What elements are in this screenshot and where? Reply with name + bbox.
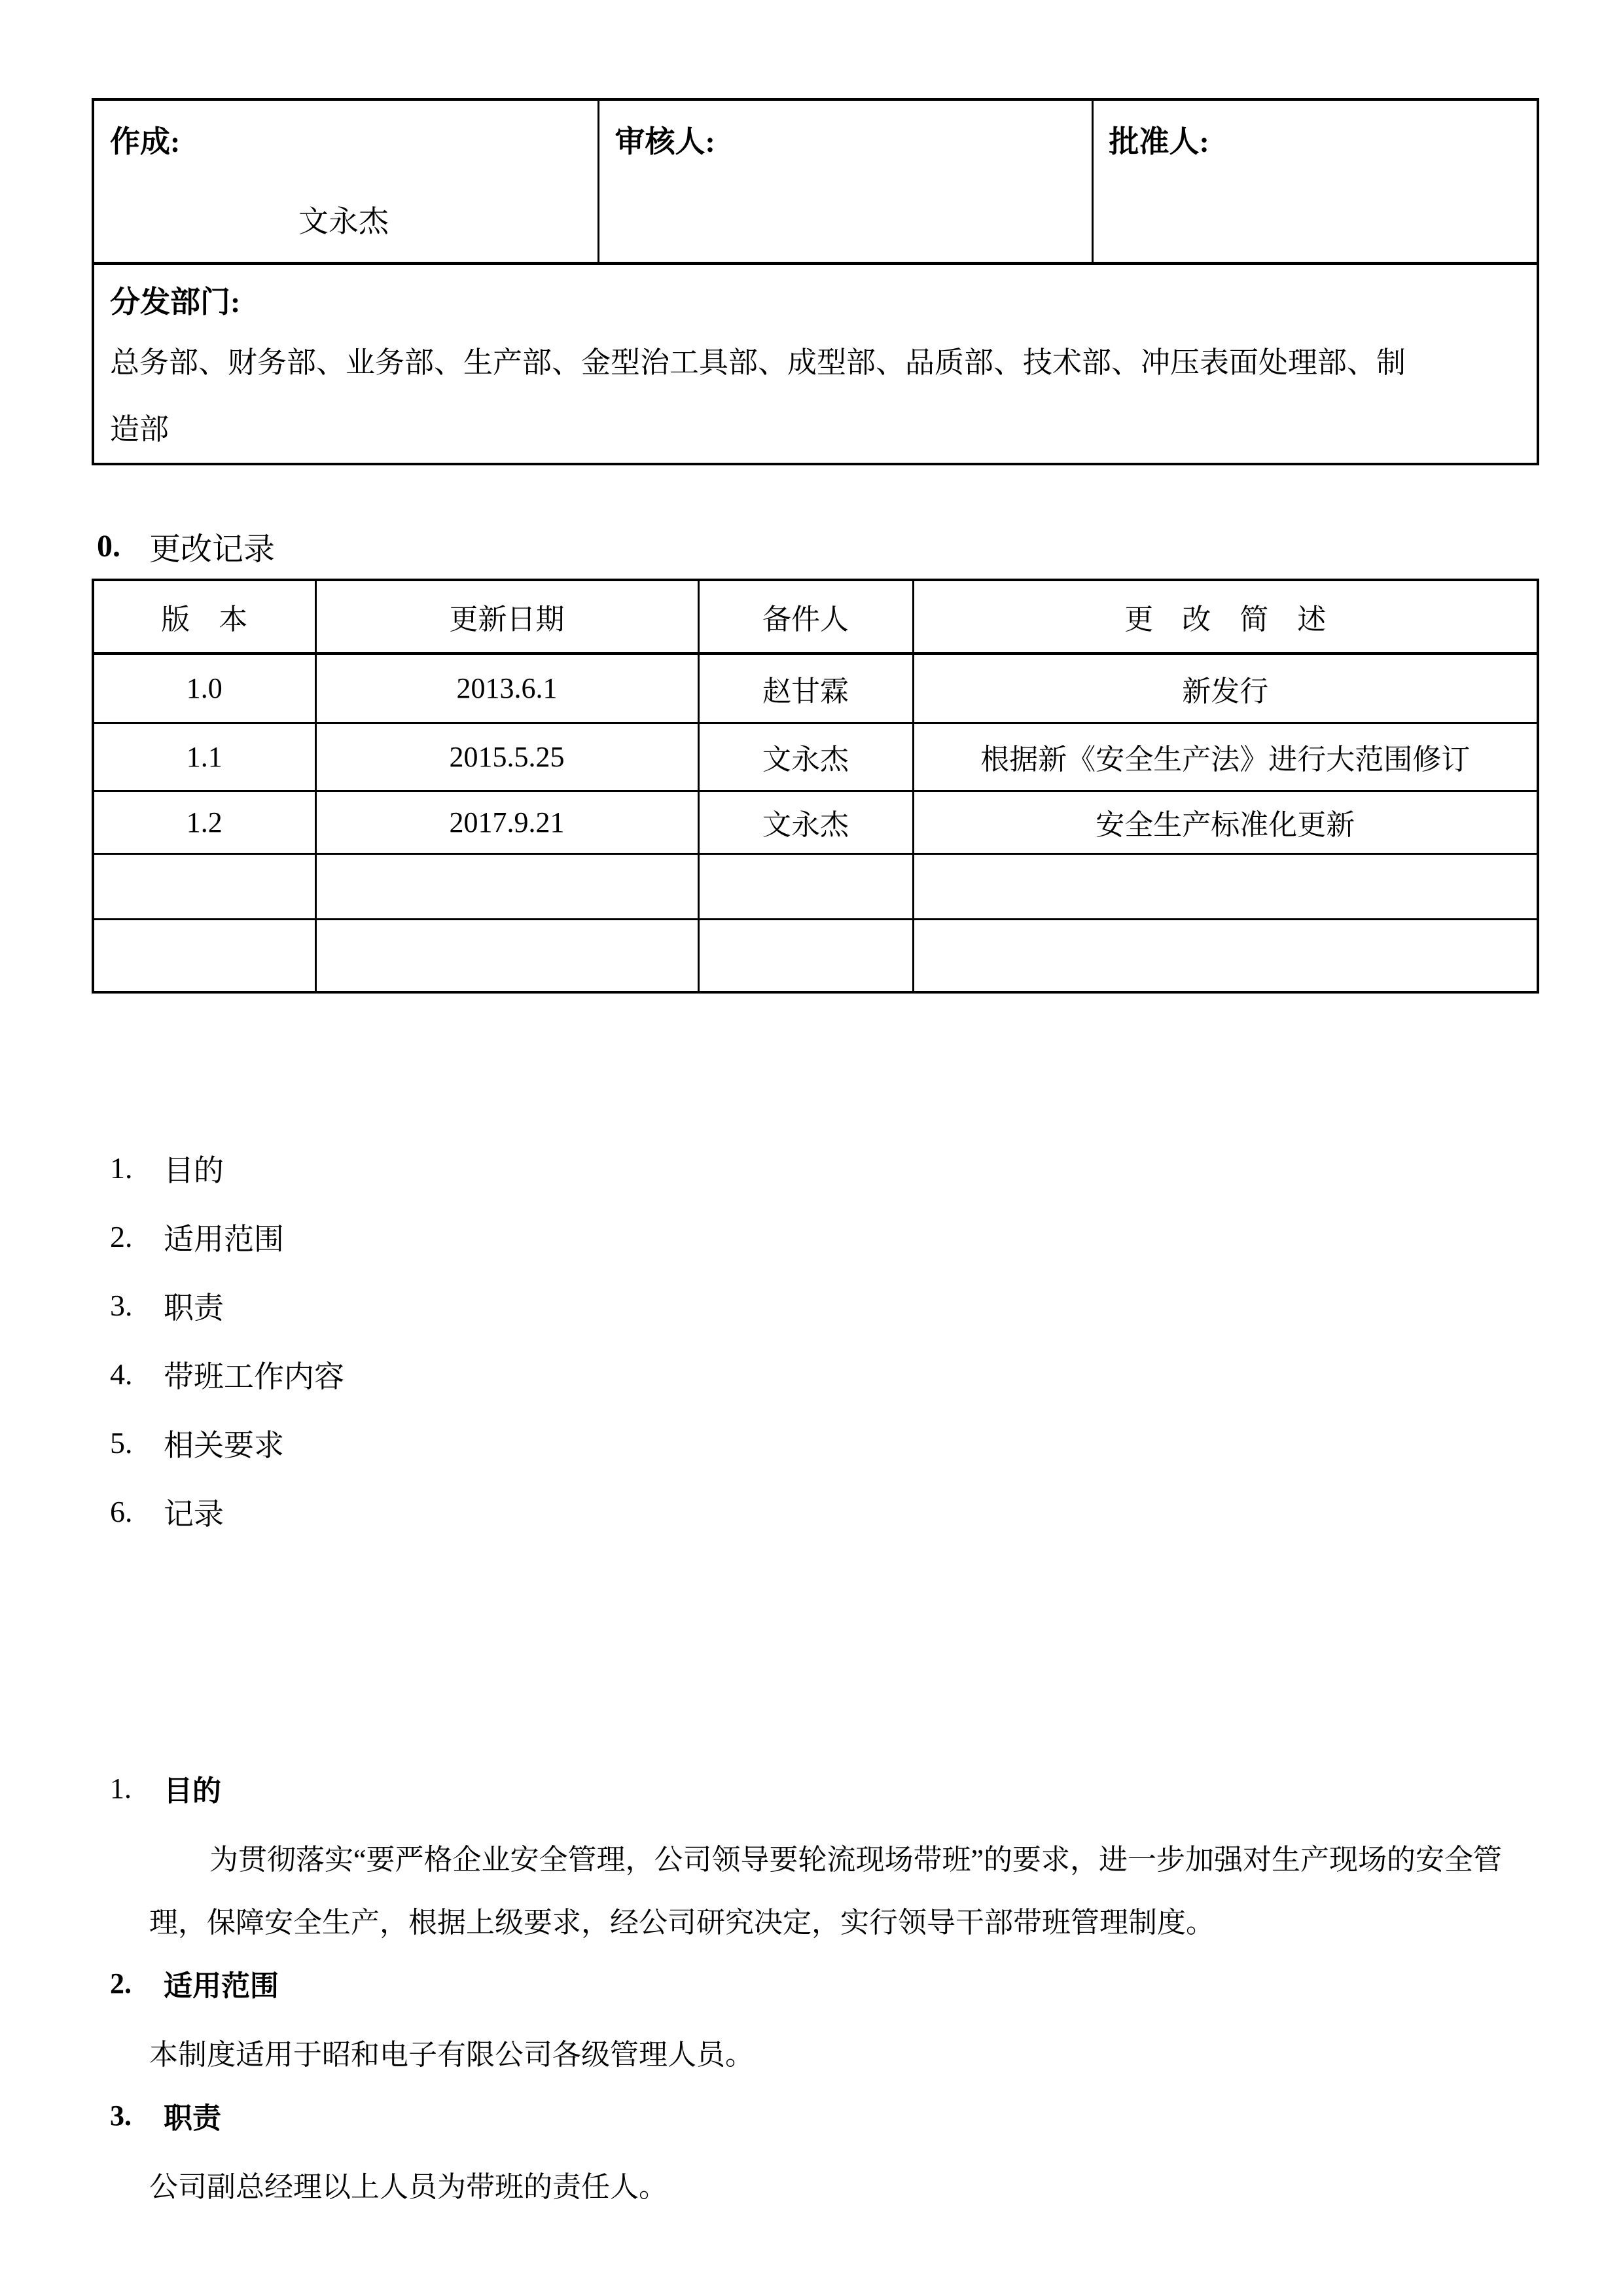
toc-label: 职责 <box>164 1284 224 1327</box>
cell-date: 2017.9.21 <box>315 791 698 853</box>
section-number: 2. <box>92 1967 164 2000</box>
cell-editor <box>698 853 913 919</box>
cell-version: 1.1 <box>93 723 315 791</box>
cell-editor: 赵甘霖 <box>698 653 913 723</box>
toc-number: 5. <box>92 1426 164 1460</box>
toc-label: 相关要求 <box>164 1422 284 1465</box>
cell-editor: 文永杰 <box>698 723 913 791</box>
section-number: 1. <box>92 1772 164 1805</box>
section-heading-purpose: 1. 目的 <box>92 1767 1541 1809</box>
table-row: 1.2 2017.9.21 文永杰 安全生产标准化更新 <box>93 791 1538 853</box>
revision-table: 版 本 更新日期 备件人 更 改 简 述 1.0 2013.6.1 赵甘霖 新发… <box>92 579 1539 994</box>
toc-number: 2. <box>92 1219 164 1254</box>
cell-editor <box>698 919 913 992</box>
section-paragraph-scope: 本制度适用于昭和电子有限公司各级管理人员。 <box>149 2024 1537 2087</box>
toc-label: 适用范围 <box>164 1215 284 1259</box>
revision-heading-number: 0. <box>97 528 120 564</box>
toc-number: 1. <box>92 1151 164 1185</box>
cell-summary: 新发行 <box>913 653 1538 723</box>
table-row-empty <box>93 853 1538 919</box>
toc-label: 记录 <box>164 1490 224 1534</box>
revision-heading: 0. 更改记录 <box>97 524 275 569</box>
toc-item-records: 6. 记录 <box>92 1477 344 1546</box>
cell-version <box>93 853 315 919</box>
distribution-departments: 总务部、财务部、业务部、生产部、金型治工具部、成型部、品质部、技术部、冲压表面处… <box>110 329 1425 463</box>
approval-table: 作成: 文永杰 审核人: 批准人: 分发部门: 总务部、财务部、业务部、生产部、… <box>92 98 1539 465</box>
toc-item-requirements: 5. 相关要求 <box>92 1408 344 1477</box>
cell-editor: 文永杰 <box>698 791 913 853</box>
approval-row: 作成: 文永杰 审核人: 批准人: <box>93 99 1538 263</box>
cell-summary: 安全生产标准化更新 <box>913 791 1538 853</box>
distribution-row: 分发部门: 总务部、财务部、业务部、生产部、金型治工具部、成型部、品质部、技术部… <box>93 263 1538 464</box>
cell-summary <box>913 919 1538 992</box>
cell-date: 2015.5.25 <box>315 723 698 791</box>
author-name: 文永杰 <box>298 198 597 241</box>
cell-date <box>315 853 698 919</box>
author-cell: 作成: 文永杰 <box>93 99 598 263</box>
toc-number: 4. <box>92 1357 164 1391</box>
toc-item-shift-duties: 4. 带班工作内容 <box>92 1340 344 1408</box>
col-header-summary: 更 改 简 述 <box>913 580 1538 653</box>
document-page: 作成: 文永杰 审核人: 批准人: 分发部门: 总务部、财务部、业务部、生产部、… <box>0 0 1623 2296</box>
reviewer-label: 审核人: <box>615 125 715 158</box>
table-row: 1.0 2013.6.1 赵甘霖 新发行 <box>93 653 1538 723</box>
cell-summary: 根据新《安全生产法》进行大范围修订 <box>913 723 1538 791</box>
approver-cell: 批准人: <box>1092 99 1538 263</box>
section-title: 职责 <box>164 2094 221 2136</box>
distribution-label: 分发部门: <box>110 278 1521 321</box>
reviewer-cell: 审核人: <box>598 99 1092 263</box>
cell-version: 1.2 <box>93 791 315 853</box>
toc-label: 带班工作内容 <box>164 1353 344 1396</box>
section-heading-responsibility: 3. 职责 <box>92 2094 1541 2136</box>
toc-label: 目的 <box>164 1147 224 1190</box>
cell-version <box>93 919 315 992</box>
revision-heading-title: 更改记录 <box>149 524 275 569</box>
col-header-version: 版 本 <box>93 580 315 653</box>
distribution-cell: 分发部门: 总务部、财务部、业务部、生产部、金型治工具部、成型部、品质部、技术部… <box>93 263 1538 464</box>
revision-header-row: 版 本 更新日期 备件人 更 改 简 述 <box>93 580 1538 653</box>
toc-item-scope: 2. 适用范围 <box>92 1202 344 1271</box>
cell-date <box>315 919 698 992</box>
section-title: 目的 <box>164 1767 221 1809</box>
section-number: 3. <box>92 2099 164 2132</box>
approver-label: 批准人: <box>1109 125 1209 158</box>
section-heading-scope: 2. 适用范围 <box>92 1962 1541 2004</box>
col-header-date: 更新日期 <box>315 580 698 653</box>
author-label: 作成: <box>110 125 180 158</box>
col-header-editor: 备件人 <box>698 580 913 653</box>
toc-item-purpose: 1. 目的 <box>92 1134 344 1202</box>
body-sections: 1. 目的 为贯彻落实“要严格企业安全管理，公司领导要轮流现场带班”的要求，进一… <box>92 1767 1541 2227</box>
toc-number: 3. <box>92 1288 164 1323</box>
table-row: 1.1 2015.5.25 文永杰 根据新《安全生产法》进行大范围修订 <box>93 723 1538 791</box>
section-paragraph-purpose: 为贯彻落实“要严格企业安全管理，公司领导要轮流现场带班”的要求，进一步加强对生产… <box>149 1829 1537 1954</box>
table-of-contents: 1. 目的 2. 适用范围 3. 职责 4. 带班工作内容 5. 相关要求 6.… <box>92 1134 344 1546</box>
cell-version: 1.0 <box>93 653 315 723</box>
toc-number: 6. <box>92 1494 164 1529</box>
cell-summary <box>913 853 1538 919</box>
section-title: 适用范围 <box>164 1962 279 2004</box>
cell-date: 2013.6.1 <box>315 653 698 723</box>
table-row-empty <box>93 919 1538 992</box>
toc-item-responsibility: 3. 职责 <box>92 1271 344 1340</box>
section-paragraph-responsibility: 公司副总经理以上人员为带班的责任人。 <box>149 2156 1537 2219</box>
